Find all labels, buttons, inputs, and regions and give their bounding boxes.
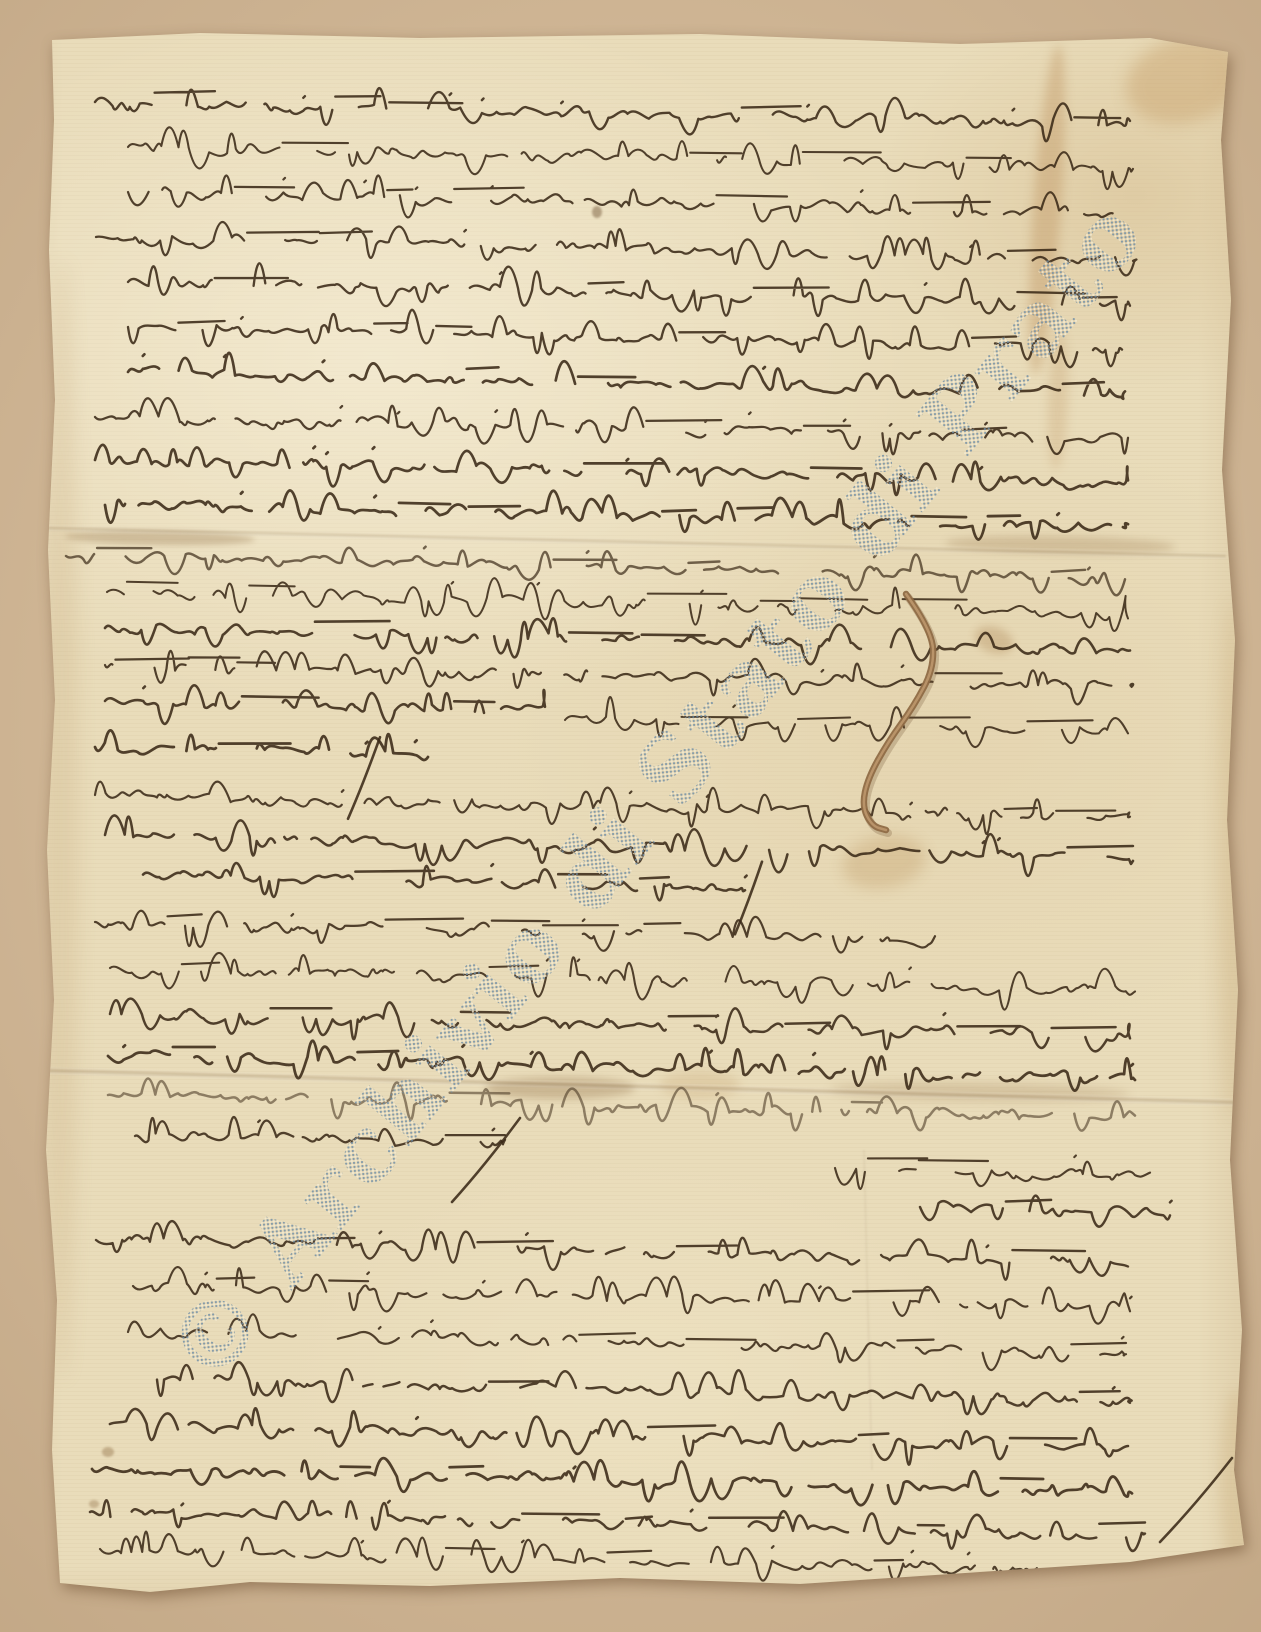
manuscript-line (105, 685, 545, 724)
manuscript-line (835, 1156, 1150, 1189)
manuscript-line (96, 222, 1136, 275)
manuscript-line (95, 88, 1130, 141)
manuscript-line (66, 547, 1125, 596)
pen-slash (1160, 1458, 1232, 1542)
pen-slash (348, 737, 380, 819)
manuscript-line (128, 127, 1133, 189)
manuscript-line (90, 1500, 1145, 1551)
handwriting-layer: © Archivio di Stato di Prato (0, 0, 1261, 1632)
manuscript-line (110, 1408, 1128, 1464)
manuscript-line (157, 1362, 1132, 1414)
manuscript-line (128, 176, 1120, 222)
manuscript-line (110, 999, 1130, 1052)
scan-background: © Archivio di Stato di Prato (0, 0, 1261, 1632)
manuscript-line (108, 1041, 1135, 1091)
manuscript-line (920, 1196, 1172, 1227)
archive-watermark: © Archivio di Stato di Prato (145, 180, 1165, 1404)
pen-slash (735, 862, 762, 935)
pen-slash (452, 1118, 520, 1202)
manuscript-line (110, 953, 1135, 1010)
manuscript-line (92, 1458, 1132, 1505)
manuscript-line (105, 490, 1128, 539)
manuscript-line (100, 1532, 1040, 1581)
paper-shadow-wrapper: © Archivio di Stato di Prato (0, 0, 1261, 1632)
manuscript-paper: © Archivio di Stato di Prato (0, 0, 1261, 1632)
manuscript-line (107, 578, 1128, 631)
